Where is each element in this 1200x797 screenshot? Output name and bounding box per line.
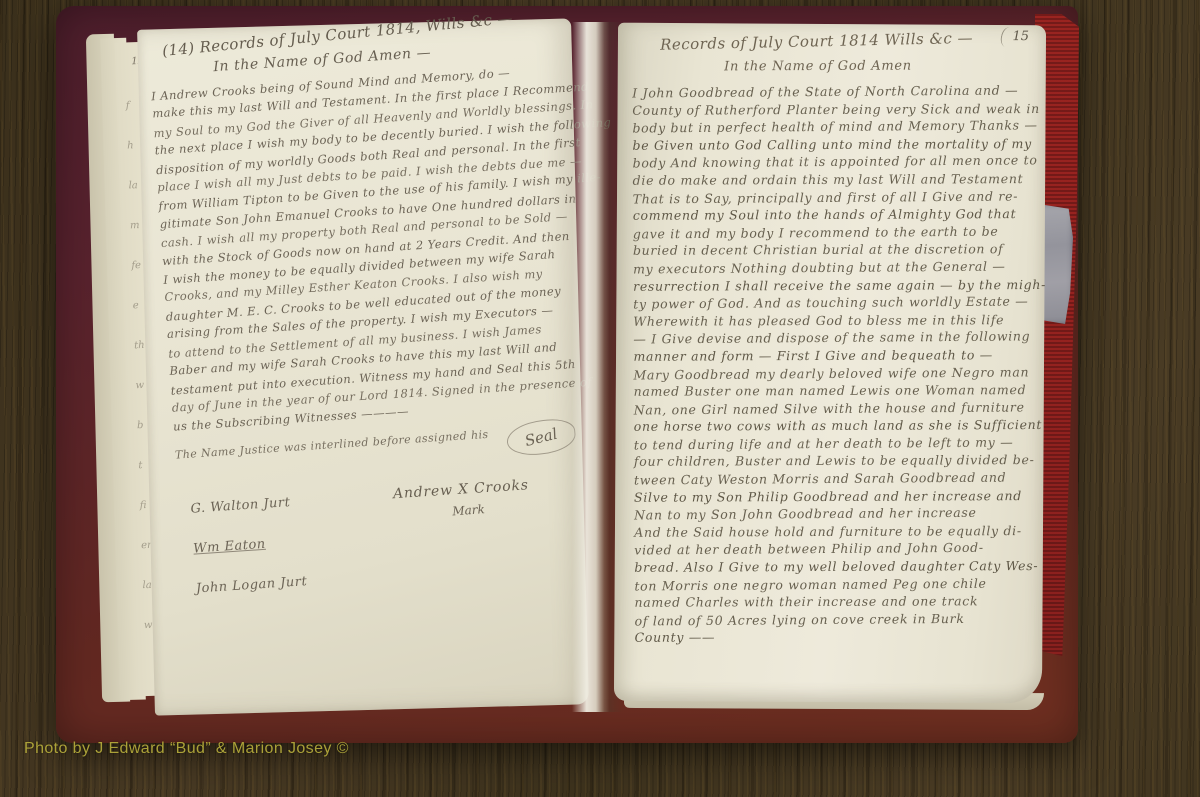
left-page-body: I Andrew Crooks being of Sound Mind and … [151,60,593,437]
handwritten-line: body And knowing that it is appointed fo… [633,152,1039,173]
signature-area: G. Walton JurtWm EatonJohn Logan Jurt An… [177,462,604,610]
photographer-watermark: Photo by J Edward “Bud” & Marion Josey © [24,740,349,758]
right-page-number: 15 [1005,27,1036,46]
mark-label: Mark [394,499,530,522]
handwritten-line: tween Caty Weston Morris and Sarah Goodb… [634,468,1040,489]
handwritten-line: die do make and ordain this my last Will… [633,170,1039,189]
handwritten-line: named Buster one man named Lewis one Wom… [634,381,1040,400]
handwritten-line: bread. Also I Give to my well beloved da… [634,557,1040,576]
handwritten-line: I John Goodbread of the State of North C… [632,81,1038,102]
right-page-header: Records of July Court 1814 Wills &c — [632,27,1038,54]
right-page-body: I John Goodbread of the State of North C… [632,82,1040,647]
handwritten-line: my executors Nothing doubting but at the… [633,257,1039,278]
testator-signature-block: Andrew X Crooks Mark [392,467,536,596]
handwritten-line: of land of 50 Acres lying on cove creek … [635,609,1041,630]
handwritten-line: That is to Say, principally and first of… [633,187,1039,208]
handwritten-line: one horse two cows with as much land as … [634,416,1040,435]
handwritten-line: to tend during life and at her death to … [634,433,1040,454]
handwritten-line: Nan, one Girl named Silve with the house… [634,398,1040,419]
handwritten-line: ty power of God. And as touching such wo… [633,292,1039,313]
witness-signatures: G. Walton JurtWm EatonJohn Logan Jurt [177,476,399,610]
handwritten-line: commend my Soul into the hands of Almigh… [633,205,1039,224]
handwritten-line: body but in perfect health of mind and M… [632,116,1038,137]
handwritten-line: named Charles with their increase and on… [634,592,1040,611]
handwritten-line: ton Morris one negro woman named Peg one… [634,574,1040,595]
left-page: (14) Records of July Court 1814, Wills &… [137,18,589,715]
handwritten-line: gave it and my body I recommend to the e… [633,222,1039,243]
seal-flourish: Seal [512,418,570,456]
handwritten-line: County —— [635,627,1041,646]
handwritten-line: — I Give devise and dispose of the same … [633,328,1039,349]
right-page-content: Records of July Court 1814 Wills &c — 15… [632,31,1041,647]
photograph-scene: 12 fhlamfeethwbtfienlaw (14) Records of … [0,0,1200,797]
right-page: Records of July Court 1814 Wills &c — 15… [614,23,1046,704]
handwritten-line: manner and form — First I Give and beque… [633,346,1039,365]
left-page-content: (14) Records of July Court 1814, Wills &… [147,10,604,610]
handwritten-line: Mary Goodbread my dearly beloved wife on… [633,363,1039,384]
testator-mark-signature: Andrew X Crooks [393,477,530,502]
handwritten-line: Nan to my Son John Goodbread and her inc… [634,504,1040,525]
right-page-header-row: Records of July Court 1814 Wills &c — 15 [632,31,1038,51]
right-page-subheader: In the Name of God Amen [632,58,1038,75]
